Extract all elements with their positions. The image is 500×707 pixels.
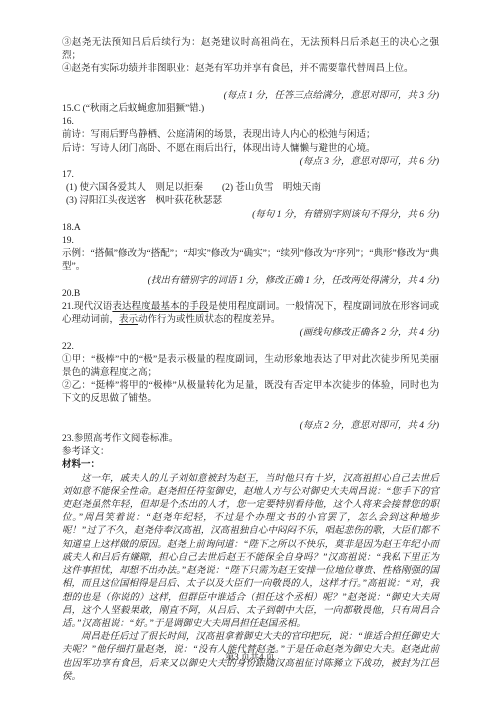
answer-point-3: ③赵尧无法预知吕后后续行为：赵尧建议时高祖尚在，无法预料吕后杀赵王的决心之强烈； [62,37,439,63]
answer-16-latter-poem: 后诗：写诗人闭门高卧、不愿在雨后出行，体现出诗人慵懒与避世的心境。 [62,143,439,156]
blank-line [62,407,439,420]
answer-23: 23.参照高考作文阅卷标准。 [62,433,439,446]
answer-17-label: 17. [62,169,439,182]
answer-19-example: 示例：“搭佩”修改为“搭配”；“却实”修改为“确实”；“续列”修改为“序列”；“… [62,248,439,274]
score-note-14: (每点 1 分，任答三点给满分，意思对即可，共 3 分) [62,90,439,103]
score-note-16: (每点 3 分，意思对即可，共 6 分) [62,156,439,169]
document-body: ③赵尧无法预知吕后后续行为：赵尧建议时高祖尚在，无法预料吕后杀赵王的决心之强烈；… [62,37,439,684]
blank-line [62,77,439,90]
underlined-phrase: 表达程度最基本的手段 [112,302,208,312]
answer-17-item-3: (3) 浔阳江头夜送客 枫叶荻花秋瑟瑟 [62,195,439,208]
score-note-22: (每点 2 分，意思对即可，共 4 分) [62,420,439,433]
score-note-21: (画线句修改正确各 2 分，共 4 分) [62,327,439,340]
score-note-19: (找出有错别字的词语 1 分，修改正确 1 分，任改两处得满分，共 4 分) [62,275,439,288]
answer-21: 21.现代汉语表达程度最基本的手段是使用程度副词。一般情况下，程度副词放在形容词… [62,301,439,327]
answer-22-point-1: ①甲：“极棒”中的“极”是表示极量的程度副词，生动形象地表达了甲对此次徒步所见美… [62,354,439,380]
material-1-label: 材料一： [62,459,439,472]
answer-16-former-poem: 前诗：写雨后野鸟静栖、公庭清闲的场景，表现出诗人内心的松弛与闲适； [62,129,439,142]
answer-22-point-2: ②乙：“挺棒”将甲的“极棒”从极量转化为足量，既没有否定甲本次徒步的体验，同时也… [62,380,439,406]
answer-17-items-1-2: (1) 使六国各爱其人 则足以拒秦 (2) 苍山负雪 明烛天南 [62,182,439,195]
answer-15: 15.C (“秋雨之后蚊蝇愈加猖獗”错.) [62,103,439,116]
answer-19-label: 19. [62,235,439,248]
answer-22-label: 22. [62,341,439,354]
answer-18: 18.A [62,222,439,235]
translation-paragraph-1: 这一年，戚夫人的儿子刘如意被封为赵王，当时他只有十岁，汉高祖担心自己去世后刘如意… [62,473,439,631]
underlined-phrase: 表示 [119,315,138,325]
answer-20: 20.B [62,288,439,301]
page-number: 第3 页共4 页 [0,650,500,663]
answer-point-4: ④赵尧有实际功绩并非图职业：赵尧有军功并享有食邑，并不需要靠代替周昌上位。 [62,63,439,76]
score-note-17: (每句 1 分，有错别字则该句不得分，共 6 分) [62,209,439,222]
answer-key-page: ③赵尧无法预知吕后后续行为：赵尧建议时高祖尚在，无法预料吕后杀赵王的决心之强烈；… [0,0,500,707]
answer-16-label: 16. [62,116,439,129]
reference-translation-label: 参考译文： [62,446,439,459]
